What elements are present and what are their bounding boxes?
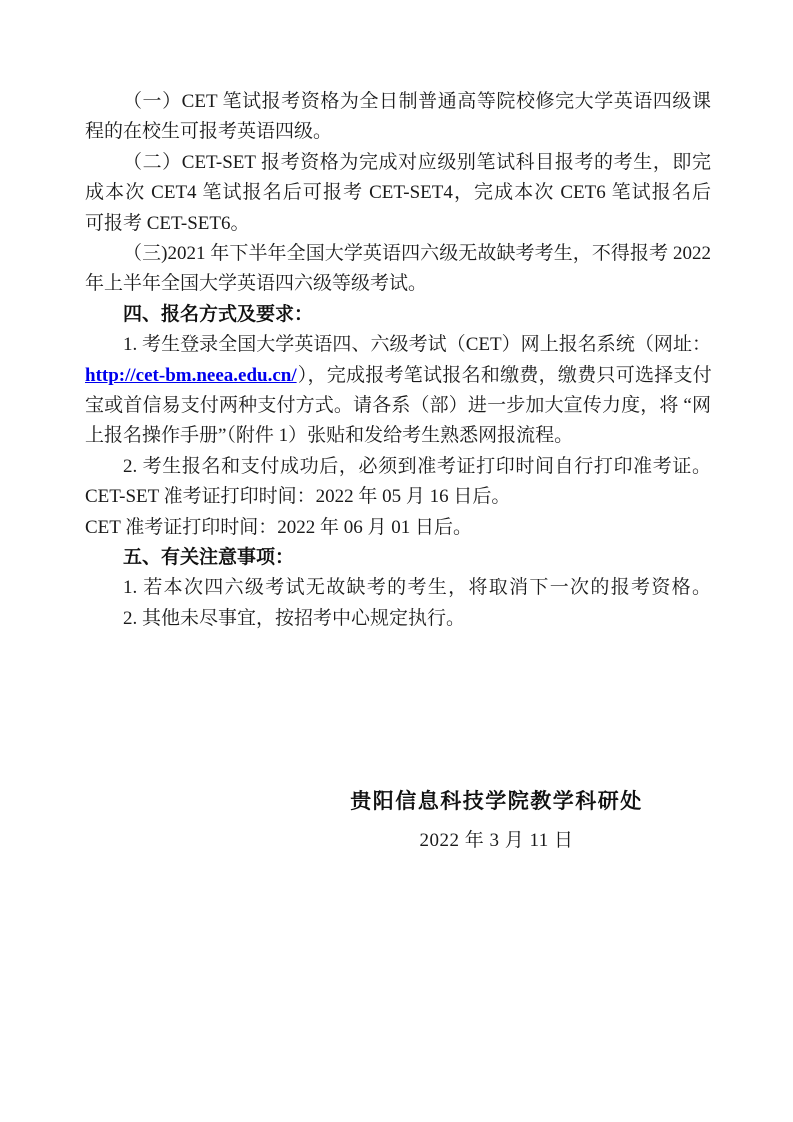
body-line: 年上半年全国大学英语四六级等级考试。	[85, 269, 711, 299]
body-line: 2. 其他未尽事宜，按招考中心规定执行。	[85, 604, 711, 634]
body-line: 成本次 CET4 笔试报名后可报考 CET-SET4，完成本次 CET6 笔试报…	[85, 178, 711, 208]
cet-registration-link[interactable]: http://cet-bm.neea.edu.cn/	[85, 365, 297, 386]
signature-date: 2022 年 3 月 11 日	[200, 825, 793, 852]
body-line: http://cet-bm.neea.edu.cn/），完成报考笔试报名和缴费，…	[85, 361, 711, 391]
body-line: （二）CET-SET 报考资格为完成对应级别笔试科目报考的考生，即完	[85, 148, 711, 178]
body-line: 上报名操作手册”（附件 1）张贴和发给考生熟悉网报流程。	[85, 421, 711, 451]
body-line: （三)2021 年下半年全国大学英语四六级无故缺考考生，不得报考 2022	[85, 239, 711, 269]
body-line: 可报考 CET-SET6。	[85, 209, 711, 239]
signature-block: 贵阳信息科技学院教学科研处 2022 年 3 月 11 日	[200, 786, 793, 852]
section-heading: 五、有关注意事项：	[85, 543, 711, 573]
body-line: 宝或首信易支付两种支付方式。请各系（部）进一步加大宣传力度，将 “网	[85, 391, 711, 421]
body-text: ），完成报考笔试报名和缴费，缴费只可选择支付	[297, 365, 711, 386]
document-body: （一）CET 笔试报考资格为全日制普通高等院校修完大学英语四级课程的在校生可报考…	[85, 87, 711, 634]
signature-org: 贵阳信息科技学院教学科研处	[200, 786, 793, 816]
body-line: 程的在校生可报考英语四级。	[85, 117, 711, 147]
body-line: （一）CET 笔试报考资格为全日制普通高等院校修完大学英语四级课	[85, 87, 711, 117]
body-line: CET-SET 准考证打印时间：2022 年 05 月 16 日后。	[85, 482, 711, 512]
document-page: （一）CET 笔试报考资格为全日制普通高等院校修完大学英语四级课程的在校生可报考…	[0, 0, 793, 1122]
body-line: 1. 考生登录全国大学英语四、六级考试（CET）网上报名系统（网址：	[85, 330, 711, 360]
body-line: CET 准考证打印时间：2022 年 06 月 01 日后。	[85, 513, 711, 543]
body-line: 1. 若本次四六级考试无故缺考的考生，将取消下一次的报考资格。	[85, 573, 711, 603]
body-line: 2. 考生报名和支付成功后，必须到准考证打印时间自行打印准考证。	[85, 452, 711, 482]
section-heading: 四、报名方式及要求：	[85, 300, 711, 330]
